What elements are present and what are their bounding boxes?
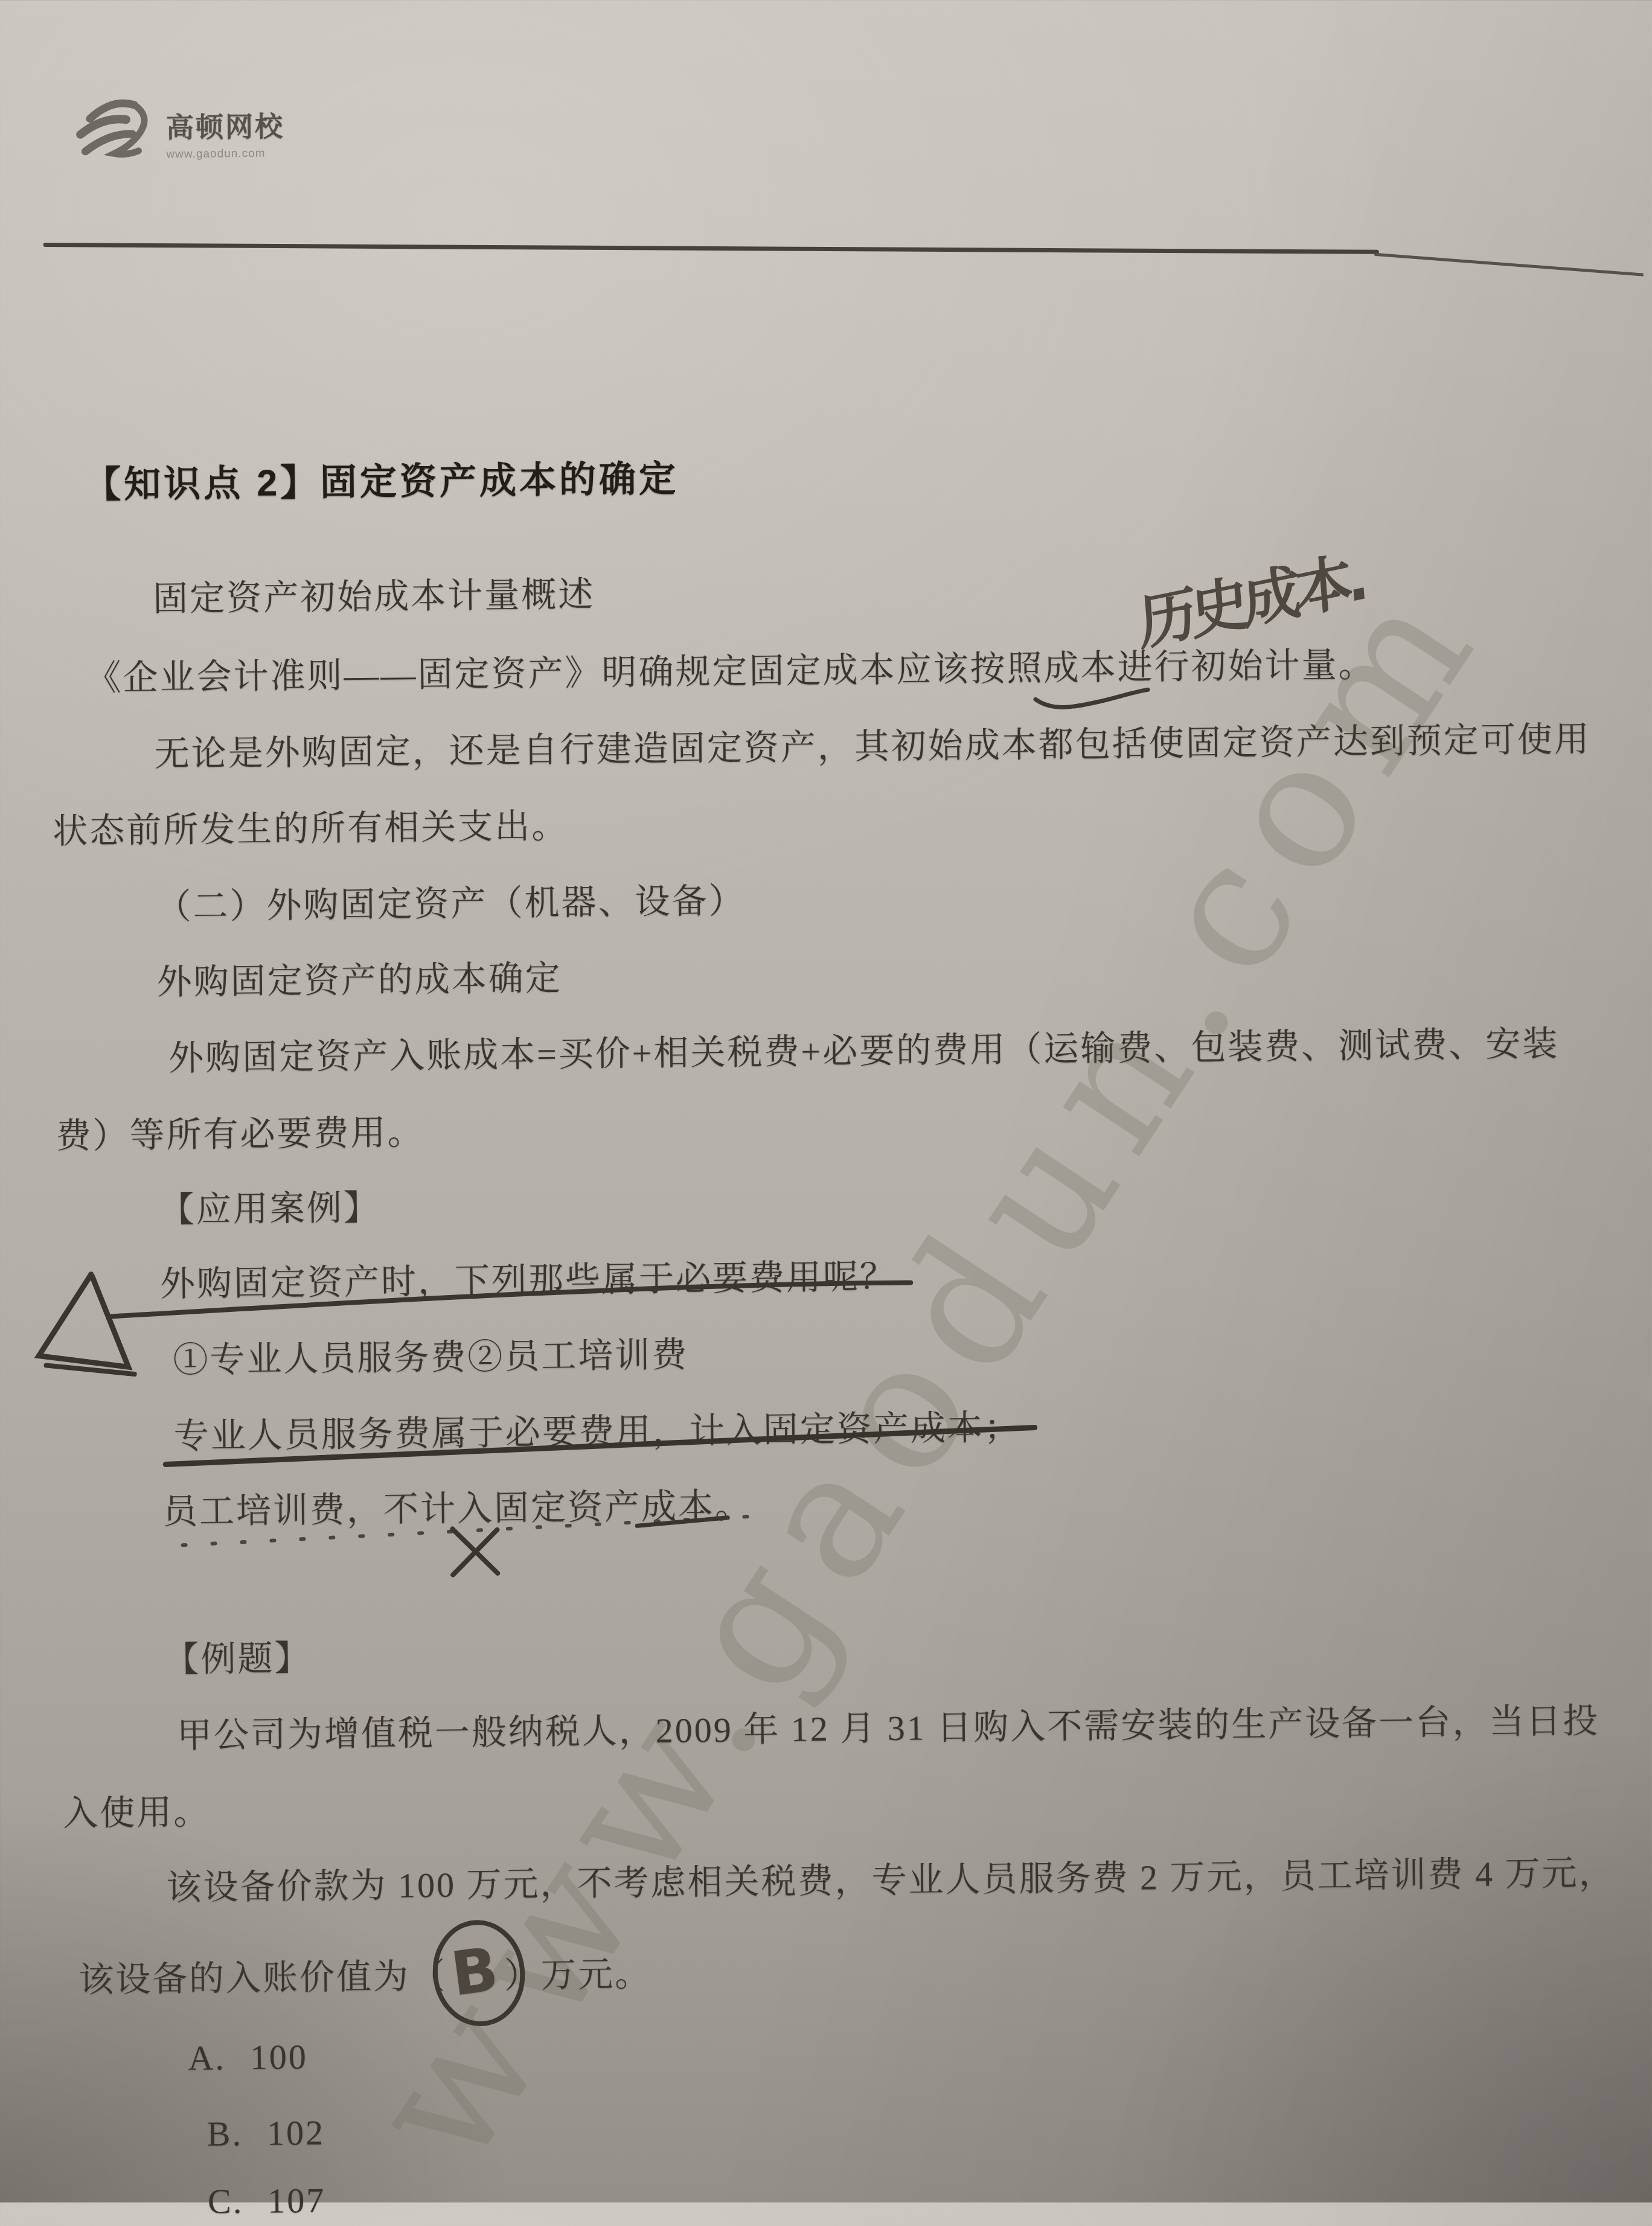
paper-sheet: www.gaodun.com 高顿网校 www.gaodun.com 【知识点 … <box>0 0 1652 2202</box>
hand-underline-question <box>112 1282 911 1316</box>
hand-underline-included <box>165 1427 1035 1464</box>
hand-answer-circle <box>430 1917 528 2028</box>
hand-underline-cost <box>1036 689 1148 707</box>
header-rule-segment <box>1375 252 1647 278</box>
hand-cross-mark <box>452 1529 498 1575</box>
hand-dotted-underline <box>182 1516 758 1545</box>
hand-underline-cost-2 <box>637 1518 728 1526</box>
annotation-overlay <box>0 0 1652 2202</box>
document-photo: { "page": { "brand": { "name": "高顿网校", "… <box>0 0 1652 2202</box>
header-rule <box>45 231 1377 266</box>
hand-triangle-mark <box>38 1274 129 1368</box>
